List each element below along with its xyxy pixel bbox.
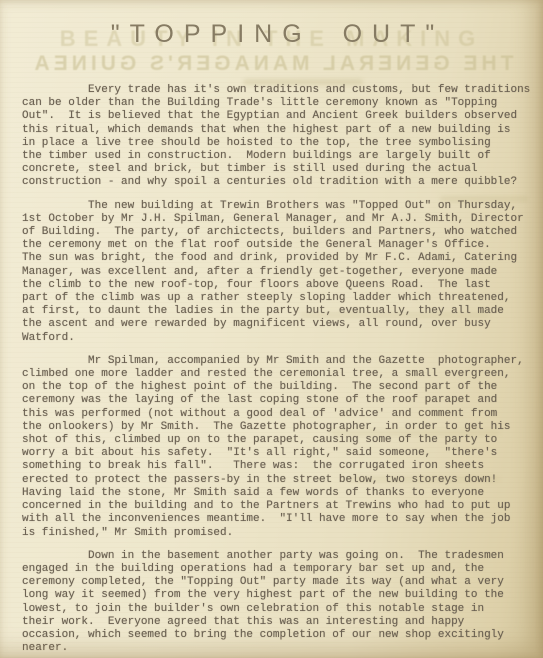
article-body: Every trade has it's own traditions and …: [22, 84, 535, 658]
document-page: BEAUTY IN THE MAKING THE GENERAL MANAGER…: [0, 0, 543, 658]
paragraph-1: Every trade has it's own traditions and …: [22, 84, 535, 190]
paragraph-4: Down in the basement another party was g…: [22, 550, 535, 656]
paragraph-2: The new building at Trewin Brothers was …: [22, 200, 535, 345]
paragraph-3: Mr Spilman, accompanied by Mr Smith and …: [22, 355, 535, 540]
page-title: "TOPPING OUT": [0, 20, 543, 49]
showthrough-headline-mirrored-general-managers-guinea: THE GENERAL MANAGER'S GUINEA: [30, 52, 513, 76]
